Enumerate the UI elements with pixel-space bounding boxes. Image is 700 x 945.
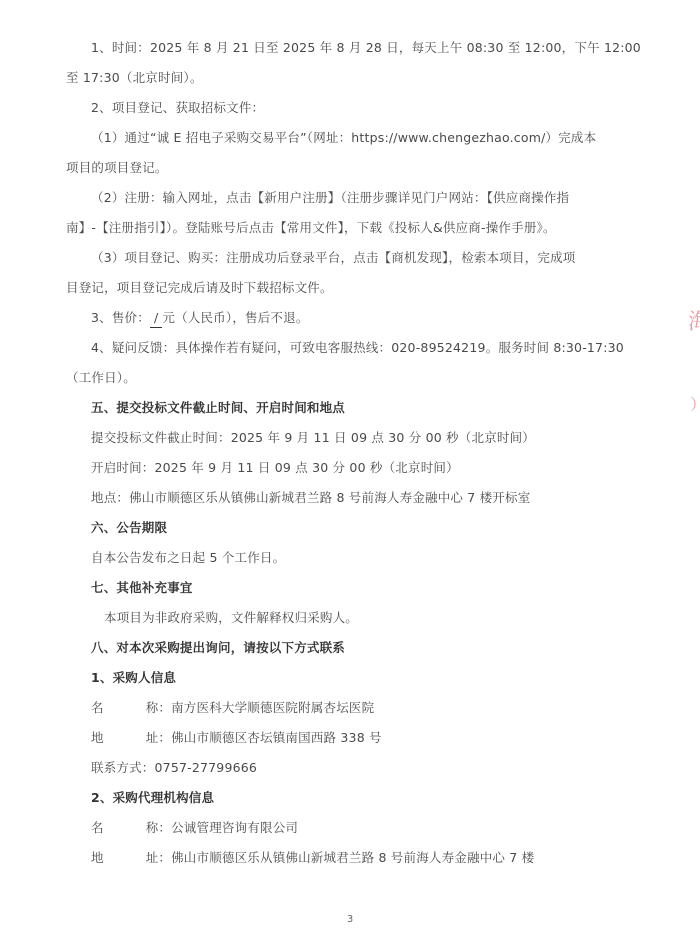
name-label-b: 称：: [146, 700, 171, 715]
red-seal-stamp-fragment-2: ）: [690, 392, 700, 415]
name-label-a: 名: [91, 700, 104, 715]
purchaser-name-row: 名称：南方医科大学顺德医院附属杏坛医院: [91, 699, 374, 717]
addr-label-a: 地: [91, 730, 104, 745]
red-seal-stamp-fragment: 海: [688, 305, 700, 336]
purchaser-address-row: 地址：佛山市顺德区杏坛镇南国西路 338 号: [91, 729, 382, 747]
price-line: 3、售价：/元（人民币），售后不退。: [91, 309, 309, 328]
agency-address: 佛山市顺德区乐从镇佛山新城君兰路 8 号前海人寿金融中心 7 楼: [171, 850, 534, 865]
step1-line-2: 项目的项目登记。: [66, 159, 168, 177]
addr-label-b: 址：: [146, 850, 171, 865]
section8-heading: 八、对本次采购提出询问，请按以下方式联系: [91, 639, 345, 657]
purchaser-heading: 1、采购人信息: [91, 669, 176, 687]
opening-text: 开启时间：2025 年 9 月 11 日 09 点 30 分 00 秒（北京时间…: [91, 459, 459, 477]
section7-heading: 七、其他补充事宜: [91, 579, 193, 597]
purchaser-contact: 0757-27799666: [155, 760, 258, 775]
section5-heading: 五、提交投标文件截止时间、开启时间和地点: [91, 399, 345, 417]
step3-line-1: （3）项目登记、购买：注册成功后登录平台，点击【商机发现】，检索本项目，完成项: [91, 249, 576, 267]
price-suffix: 元（人民币），售后不退。: [162, 310, 308, 325]
feedback-line-2: （工作日）。: [66, 369, 136, 387]
name-label-a: 名: [91, 820, 104, 835]
addr-label-a: 地: [91, 850, 104, 865]
purchaser-address: 佛山市顺德区杏坛镇南国西路 338 号: [171, 730, 382, 745]
step1-line-1: （1）通过“诚 E 招电子采购交易平台”（网址：https://www.chen…: [91, 129, 596, 147]
time-line-2: 至 17:30（北京时间）。: [66, 69, 203, 87]
purchaser-name: 南方医科大学顺德医院附属杏坛医院: [171, 700, 374, 715]
agency-name-row: 名称：公诚管理咨询有限公司: [91, 819, 298, 837]
section7-text: 本项目为非政府采购，文件解释权归采购人。: [104, 609, 358, 627]
time-line-1: 1、时间：2025 年 8 月 21 日至 2025 年 8 月 28 日，每天…: [91, 39, 641, 57]
price-label: 3、售价：: [91, 310, 150, 325]
step2-line-2: 南】-【注册指引】）。登陆账号后点击【常用文件】，下载《投标人&供应商-操作手册…: [66, 219, 556, 237]
location-text: 地点：佛山市顺德区乐从镇佛山新城君兰路 8 号前海人寿金融中心 7 楼开标室: [91, 489, 530, 507]
feedback-line-1: 4、疑问反馈：具体操作若有疑问，可致电客服热线：020-89524219。服务时…: [91, 339, 624, 357]
step2-line-1: （2）注册：输入网址，点击【新用户注册】（注册步骤详见门户网站：【供应商操作指: [91, 189, 569, 207]
section6-text: 自本公告发布之日起 5 个工作日。: [91, 549, 285, 567]
section6-heading: 六、公告期限: [91, 519, 167, 537]
addr-label-b: 址：: [146, 730, 171, 745]
page-number: 3: [0, 914, 700, 925]
agency-heading: 2、采购代理机构信息: [91, 789, 214, 807]
name-label-b: 称：: [146, 820, 171, 835]
deadline-text: 提交投标文件截止时间：2025 年 9 月 11 日 09 点 30 分 00 …: [91, 429, 535, 447]
registration-heading: 2、项目登记、获取招标文件：: [91, 99, 264, 117]
purchaser-contact-row: 联系方式：0757-27799666: [91, 759, 257, 777]
agency-address-row: 地址：佛山市顺德区乐从镇佛山新城君兰路 8 号前海人寿金融中心 7 楼: [91, 849, 534, 867]
price-value: /: [150, 309, 162, 328]
step3-line-2: 目登记，项目登记完成后请及时下载招标文件。: [66, 279, 333, 297]
agency-name: 公诚管理咨询有限公司: [171, 820, 298, 835]
contact-label: 联系方式：: [91, 760, 155, 775]
